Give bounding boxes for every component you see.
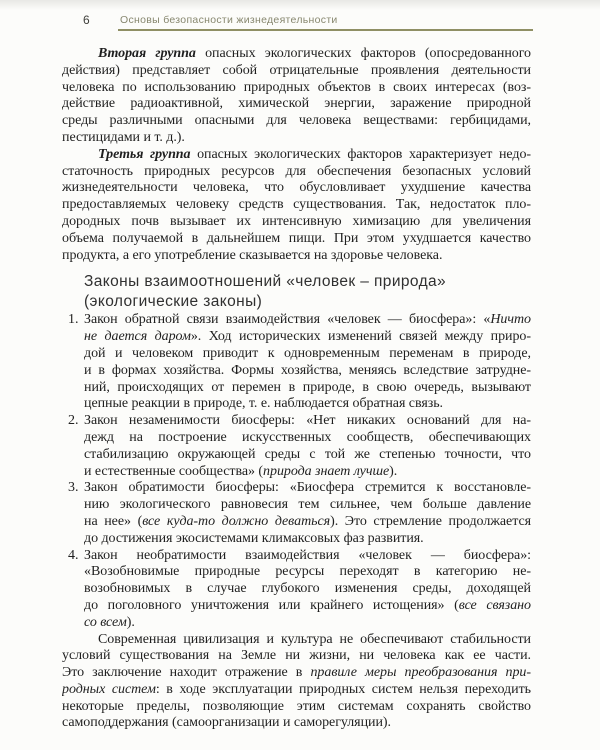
- list-item: 3.Закон обратимости биосферы: «Биосфера …: [62, 480, 531, 547]
- heading-line: Законы взаимоотношений «человек – природ…: [84, 272, 531, 292]
- text-line: объема получаемой в дальнейшем пищи. При…: [62, 231, 531, 248]
- list-number: 4.: [68, 548, 79, 565]
- paragraph: Третья группа опасных экологических факт…: [62, 147, 531, 265]
- paragraph: Современная цивилизация и культура не об…: [62, 632, 531, 733]
- paragraph: Вторая группа опасных экологических факт…: [62, 46, 531, 147]
- running-title: Основы безопасности жизнедеятельности: [120, 14, 338, 26]
- list-item: 1.Закон обратной связи взаимодействия «ч…: [62, 312, 531, 413]
- text-line: среды различными опасными для человека в…: [62, 113, 531, 130]
- text-line: предоставляемых человеку средств существ…: [62, 197, 531, 214]
- text-line: Закон обратной связи взаимодействия «чел…: [84, 312, 531, 329]
- list-item: 2.Закон незаменимости биосферы: «Нет ник…: [62, 413, 531, 480]
- list-number: 2.: [68, 413, 79, 430]
- text-line: жизнедеятельности человека, что обусловл…: [62, 180, 531, 197]
- text-line: дежд на построение искусственных сообщес…: [84, 430, 531, 447]
- text-line: «Возобновимые природные ресурсы переходя…: [84, 564, 531, 581]
- text-line: возобновимых в случае глубокого изменени…: [84, 581, 531, 598]
- text-line: продукта, а его употребление сказывается…: [62, 248, 531, 265]
- text-line: нию экологического равновесия тем сильне…: [84, 497, 531, 514]
- text-line: Вторая группа опасных экологических факт…: [62, 46, 531, 63]
- text-line: Третья группа опасных экологических факт…: [62, 147, 531, 164]
- page-header: 6 Основы безопасности жизнедеятельности: [0, 12, 600, 34]
- text-line: Закон обратимости биосферы: «Биосфера ст…: [84, 480, 531, 497]
- page-number: 6: [83, 13, 90, 27]
- text-line: со всем).: [84, 615, 531, 632]
- text-line: Закон необратимости взаимодействия «чело…: [84, 548, 531, 565]
- page-body: Вторая группа опасных экологических факт…: [62, 46, 531, 732]
- section-heading: Законы взаимоотношений «человек – природ…: [84, 272, 531, 312]
- text-line: стабилизацию окружающей среды с той же с…: [84, 447, 531, 464]
- text-line: до поголовного уничтожения или крайнего …: [84, 598, 531, 615]
- text-line: не дается даром». Ход исторических измен…: [84, 329, 531, 346]
- text-line: самоподдержания (самоорганизации и самор…: [62, 715, 531, 732]
- text-line: родных систем: в ходе эксплуатации приро…: [62, 682, 531, 699]
- list-number: 1.: [68, 312, 79, 329]
- text-line: действия) представляет собой отрицательн…: [62, 63, 531, 80]
- text-line: цепные реакции в природе, т. е. наблюдае…: [84, 396, 531, 413]
- text-line: некоторые пределы, позволяющие этим сист…: [62, 699, 531, 716]
- list-number: 3.: [68, 480, 79, 497]
- text-line: и естественные сообщества» (природа знае…: [84, 464, 531, 481]
- text-line: дородных почв вызывает их интенсивную хи…: [62, 214, 531, 231]
- text-line: пестицидами и т. д.).: [62, 130, 531, 147]
- text-line: условий существования на Земле ни жизни,…: [62, 648, 531, 665]
- text-line: и в формах хозяйства. Формы хозяйства, м…: [84, 363, 531, 380]
- text-line: дой и человеком приводит к одновременным…: [84, 346, 531, 363]
- list-item: 4.Закон необратимости взаимодействия «че…: [62, 548, 531, 632]
- text-line: на нее» (все куда-то должно деваться). Э…: [84, 514, 531, 531]
- text-line: действие радиоактивной, химической энерг…: [62, 96, 531, 113]
- text-line: человека по использованию природных объе…: [62, 80, 531, 97]
- book-page: 6 Основы безопасности жизнедеятельности …: [0, 0, 600, 750]
- text-line: статочность природных ресурсов для обесп…: [62, 164, 531, 181]
- heading-line: (экологические законы): [84, 292, 531, 312]
- text-line: Это заключение находит отражение в прави…: [62, 665, 531, 682]
- text-line: до достижения экосистемами климаксовых ф…: [84, 531, 531, 548]
- text-line: Закон незаменимости биосферы: «Нет никак…: [84, 413, 531, 430]
- text-line: ний, происходящих от перемен в природе, …: [84, 380, 531, 397]
- text-line: Современная цивилизация и культура не об…: [62, 632, 531, 649]
- header-rule: [118, 29, 533, 31]
- scan-edge-band: [0, 0, 600, 10]
